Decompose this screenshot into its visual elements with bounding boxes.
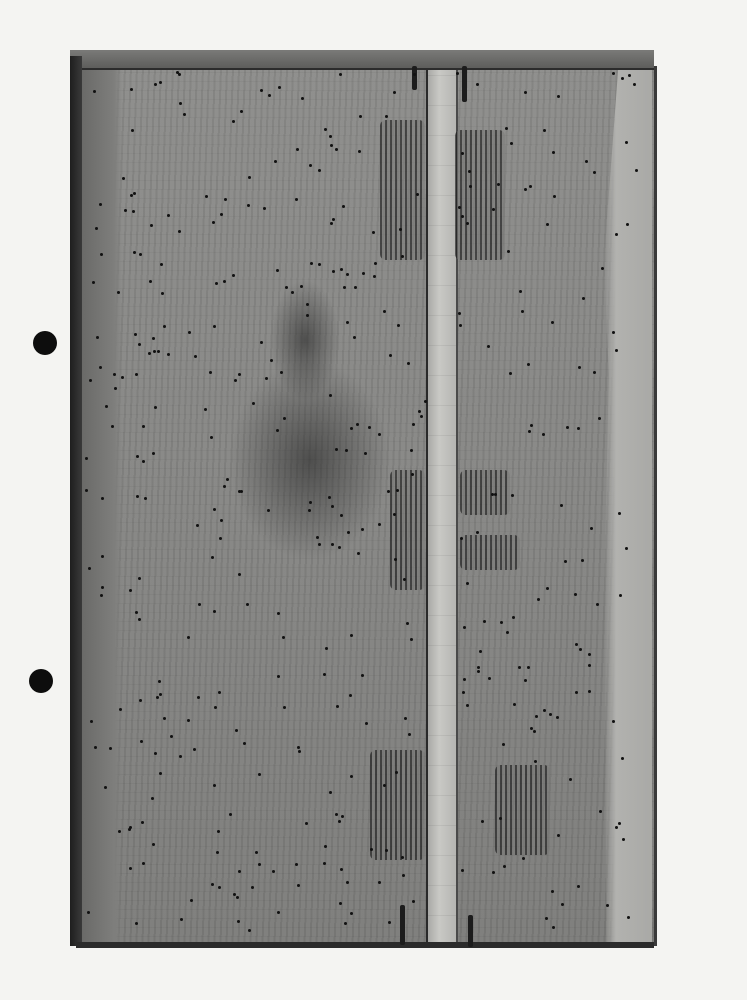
woodworm-hole (205, 195, 208, 198)
woodworm-hole (511, 494, 514, 497)
woodworm-hole (265, 377, 268, 380)
woodworm-hole (179, 102, 182, 105)
woodworm-hole (477, 666, 480, 669)
woodworm-hole (341, 815, 344, 818)
woodworm-hole (330, 222, 333, 225)
woodworm-hole (149, 280, 152, 283)
woodworm-hole (577, 885, 580, 888)
woodworm-hole (138, 577, 141, 580)
woodworm-hole (346, 273, 349, 276)
woodworm-hole (276, 429, 279, 432)
woodworm-hole (497, 183, 500, 186)
woodworm-hole (243, 742, 246, 745)
woodworm-hole (85, 457, 88, 460)
left-board-edge (82, 66, 122, 946)
woodworm-hole (214, 706, 217, 709)
woodworm-hole (362, 272, 365, 275)
woodworm-hole (194, 355, 197, 358)
woodworm-hole (157, 350, 160, 353)
woodworm-hole (190, 899, 193, 902)
woodworm-hole (408, 733, 411, 736)
woodworm-hole (121, 376, 124, 379)
insect-damage (495, 765, 550, 855)
woodworm-hole (459, 324, 462, 327)
woodworm-hole (226, 478, 229, 481)
woodworm-hole (216, 851, 219, 854)
woodworm-hole (213, 508, 216, 511)
woodworm-hole (276, 269, 279, 272)
left-frame-shadow (70, 56, 82, 946)
woodworm-hole (212, 221, 215, 224)
woodworm-hole (479, 650, 482, 653)
woodworm-hole (240, 110, 243, 113)
woodworm-hole (410, 638, 413, 641)
woodworm-hole (370, 848, 373, 851)
woodworm-hole (316, 536, 319, 539)
woodworm-hole (283, 706, 286, 709)
woodworm-hole (100, 253, 103, 256)
woodworm-hole (95, 227, 98, 230)
woodworm-hole (612, 331, 615, 334)
woodworm-hole (456, 72, 459, 75)
woodworm-hole (543, 129, 546, 132)
woodworm-hole (223, 485, 226, 488)
woodworm-hole (601, 267, 604, 270)
woodworm-hole (533, 730, 536, 733)
woodworm-hole (196, 524, 199, 527)
woodworm-hole (156, 696, 159, 699)
woodworm-hole (93, 90, 96, 93)
woodworm-hole (335, 813, 338, 816)
woodworm-hole (395, 771, 398, 774)
woodworm-hole (213, 325, 216, 328)
insect-damage (460, 470, 510, 515)
woodworm-hole (615, 826, 618, 829)
woodworm-hole (530, 424, 533, 427)
woodworm-hole (574, 593, 577, 596)
woodworm-hole (211, 556, 214, 559)
woodworm-hole (349, 694, 352, 697)
woodworm-hole (101, 555, 104, 558)
insect-damage (390, 470, 425, 590)
woodworm-hole (154, 406, 157, 409)
woodworm-hole (599, 810, 602, 813)
woodworm-hole (179, 755, 182, 758)
woodworm-hole (528, 430, 531, 433)
woodworm-hole (359, 115, 362, 118)
woodworm-hole (135, 922, 138, 925)
woodworm-hole (128, 828, 131, 831)
woodworm-hole (87, 911, 90, 914)
woodworm-hole (158, 680, 161, 683)
woodworm-hole (296, 148, 299, 151)
woodworm-hole (133, 192, 136, 195)
woodworm-hole (161, 292, 164, 295)
woodworm-hole (236, 896, 239, 899)
woodworm-hole (219, 537, 222, 540)
woodworm-hole (476, 531, 479, 534)
top-rail (70, 50, 654, 70)
woodworm-hole (198, 603, 201, 606)
woodworm-hole (101, 497, 104, 500)
woodworm-hole (505, 127, 508, 130)
woodworm-hole (462, 691, 465, 694)
woodworm-hole (527, 666, 530, 669)
woodworm-hole (218, 886, 221, 889)
woodworm-hole (396, 489, 399, 492)
woodworm-hole (101, 586, 104, 589)
woodworm-hole (553, 195, 556, 198)
woodworm-hole (407, 362, 410, 365)
woodworm-hole (619, 594, 622, 597)
woodworm-hole (627, 916, 630, 919)
woodworm-hole (134, 333, 137, 336)
woodworm-hole (213, 784, 216, 787)
woodworm-hole (374, 262, 377, 265)
woodworm-hole (220, 519, 223, 522)
woodworm-hole (477, 670, 480, 673)
woodworm-hole (270, 359, 273, 362)
woodworm-hole (136, 495, 139, 498)
woodworm-hole (546, 587, 549, 590)
woodworm-hole (577, 427, 580, 430)
woodworm-hole (373, 275, 376, 278)
woodworm-hole (332, 270, 335, 273)
woodworm-hole (424, 400, 427, 403)
woodworm-hole (144, 497, 147, 500)
woodworm-hole (133, 251, 136, 254)
woodworm-hole (318, 543, 321, 546)
woodworm-hole (588, 653, 591, 656)
woodworm-hole (506, 631, 509, 634)
woodworm-hole (282, 636, 285, 639)
woodworm-hole (159, 693, 162, 696)
woodworm-hole (524, 679, 527, 682)
woodworm-hole (593, 371, 596, 374)
woodworm-hole (338, 820, 341, 823)
woodworm-hole (487, 345, 490, 348)
woodworm-hole (612, 72, 615, 75)
woodworm-hole (344, 922, 347, 925)
woodworm-hole (507, 250, 510, 253)
woodworm-hole (100, 594, 103, 597)
woodworm-hole (142, 425, 145, 428)
woodworm-hole (356, 423, 359, 426)
woodworm-hole (466, 704, 469, 707)
woodworm-hole (588, 664, 591, 667)
woodworm-hole (160, 263, 163, 266)
binder-hole-bottom (29, 669, 53, 693)
woodworm-hole (131, 129, 134, 132)
woodworm-hole (295, 198, 298, 201)
woodworm-hole (297, 884, 300, 887)
woodworm-hole (274, 160, 277, 163)
woodworm-hole (385, 849, 388, 852)
woodworm-hole (383, 784, 386, 787)
woodworm-hole (298, 750, 301, 753)
woodworm-hole (139, 699, 142, 702)
woodworm-hole (238, 490, 241, 493)
woodworm-hole (132, 210, 135, 213)
woodworm-hole (527, 363, 530, 366)
woodworm-hole (339, 73, 342, 76)
woodworm-hole (104, 786, 107, 789)
woodworm-hole (354, 286, 357, 289)
woodworm-hole (492, 871, 495, 874)
woodworm-hole (598, 417, 601, 420)
woodworm-hole (585, 160, 588, 163)
woodworm-hole (458, 312, 461, 315)
woodworm-hole (463, 678, 466, 681)
woodworm-hole (159, 81, 162, 84)
woodworm-hole (340, 514, 343, 517)
woodworm-hole (99, 203, 102, 206)
woodworm-hole (575, 643, 578, 646)
woodworm-hole (564, 560, 567, 563)
woodworm-hole (232, 274, 235, 277)
woodworm-hole (492, 208, 495, 211)
woodworm-hole (358, 150, 361, 153)
woodworm-hole (306, 303, 309, 306)
woodworm-hole (535, 715, 538, 718)
woodworm-hole (310, 262, 313, 265)
woodworm-hole (229, 813, 232, 816)
woodworm-hole (519, 290, 522, 293)
woodworm-hole (318, 169, 321, 172)
woodworm-hole (332, 218, 335, 221)
woodworm-hole (633, 83, 636, 86)
woodworm-hole (468, 170, 471, 173)
woodworm-hole (277, 911, 280, 914)
woodworm-hole (278, 86, 281, 89)
woodworm-hole (204, 408, 207, 411)
woodworm-hole (153, 350, 156, 353)
woodworm-hole (534, 760, 537, 763)
woodworm-hole (283, 417, 286, 420)
woodworm-hole (213, 610, 216, 613)
woodworm-hole (476, 83, 479, 86)
woodworm-hole (618, 822, 621, 825)
woodworm-hole (152, 843, 155, 846)
woodworm-hole (350, 775, 353, 778)
crack (462, 66, 467, 102)
woodworm-hole (163, 717, 166, 720)
woodworm-hole (387, 490, 390, 493)
woodworm-hole (223, 280, 226, 283)
woodworm-hole (350, 912, 353, 915)
woodworm-hole (512, 616, 515, 619)
woodworm-hole (183, 113, 186, 116)
woodworm-hole (136, 455, 139, 458)
woodworm-hole (357, 552, 360, 555)
woodworm-hole (612, 720, 615, 723)
woodworm-hole (345, 449, 348, 452)
woodworm-hole (94, 746, 97, 749)
woodworm-hole (578, 366, 581, 369)
woodworm-hole (300, 285, 303, 288)
woodworm-hole (416, 193, 419, 196)
woodworm-hole (481, 820, 484, 823)
woodworm-hole (142, 460, 145, 463)
woodworm-hole (105, 405, 108, 408)
woodworm-hole (560, 504, 563, 507)
woodworm-hole (342, 205, 345, 208)
woodworm-hole (285, 286, 288, 289)
woodworm-hole (466, 222, 469, 225)
woodworm-hole (593, 171, 596, 174)
woodworm-hole (138, 343, 141, 346)
woodworm-hole (338, 546, 341, 549)
woodworm-hole (509, 372, 512, 375)
woodworm-hole (522, 857, 525, 860)
woodworm-hole (268, 94, 271, 97)
woodworm-hole (569, 778, 572, 781)
woodworm-hole (305, 822, 308, 825)
woodworm-hole (588, 690, 591, 693)
woodworm-hole (625, 141, 628, 144)
woodworm-hole (529, 185, 532, 188)
woodworm-hole (461, 869, 464, 872)
woodworm-hole (615, 233, 618, 236)
woodworm-hole (193, 748, 196, 751)
woodworm-hole (218, 691, 221, 694)
woodworm-hole (119, 708, 122, 711)
woodworm-hole (461, 215, 464, 218)
woodworm-hole (267, 509, 270, 512)
woodworm-hole (635, 169, 638, 172)
woodworm-hole (325, 647, 328, 650)
woodworm-hole (340, 268, 343, 271)
stain (270, 280, 340, 400)
woodworm-hole (543, 709, 546, 712)
woodworm-hole (546, 223, 549, 226)
woodworm-hole (89, 379, 92, 382)
woodworm-hole (178, 73, 181, 76)
woodworm-hole (122, 177, 125, 180)
insect-damage (455, 130, 505, 260)
woodworm-hole (154, 752, 157, 755)
woodworm-hole (170, 735, 173, 738)
woodworm-hole (521, 310, 524, 313)
woodworm-hole (336, 705, 339, 708)
woodworm-hole (483, 620, 486, 623)
woodworm-hole (129, 589, 132, 592)
woodworm-hole (626, 223, 629, 226)
woodworm-hole (513, 703, 516, 706)
woodworm-hole (330, 144, 333, 147)
woodworm-hole (238, 373, 241, 376)
woodworm-hole (368, 426, 371, 429)
woodworm-hole (383, 310, 386, 313)
insect-damage (460, 535, 520, 570)
woodworm-hole (210, 436, 213, 439)
woodworm-hole (524, 188, 527, 191)
woodworm-hole (318, 263, 321, 266)
woodworm-hole (340, 868, 343, 871)
woodworm-hole (255, 851, 258, 854)
woodworm-hole (412, 900, 415, 903)
woodworm-hole (346, 321, 349, 324)
woodworm-hole (406, 622, 409, 625)
woodworm-hole (537, 598, 540, 601)
woodworm-hole (324, 128, 327, 131)
woodworm-hole (557, 95, 560, 98)
woodworm-hole (403, 578, 406, 581)
woodworm-hole (510, 142, 513, 145)
woodworm-hole (551, 890, 554, 893)
woodworm-hole (350, 634, 353, 637)
woodworm-hole (99, 366, 102, 369)
woodworm-hole (615, 349, 618, 352)
woodworm-hole (335, 148, 338, 151)
woodworm-hole (258, 773, 261, 776)
right-light-edge (604, 66, 652, 946)
woodworm-hole (235, 729, 238, 732)
woodworm-hole (361, 528, 364, 531)
woodworm-hole (582, 297, 585, 300)
woodworm-hole (188, 331, 191, 334)
woodworm-hole (135, 611, 138, 614)
woodworm-hole (378, 523, 381, 526)
woodworm-hole (557, 834, 560, 837)
woodworm-hole (394, 558, 397, 561)
woodworm-hole (331, 543, 334, 546)
woodworm-hole (469, 185, 472, 188)
woodworm-hole (324, 845, 327, 848)
woodworm-hole (277, 675, 280, 678)
woodworm-hole (246, 603, 249, 606)
woodworm-hole (524, 91, 527, 94)
woodworm-hole (389, 354, 392, 357)
woodworm-hole (152, 452, 155, 455)
insect-damage (380, 120, 425, 260)
woodworm-hole (329, 135, 332, 138)
crack (412, 66, 417, 90)
woodworm-hole (621, 757, 624, 760)
woodworm-hole (346, 881, 349, 884)
woodworm-hole (502, 743, 505, 746)
woodworm-hole (258, 863, 261, 866)
woodworm-hole (518, 666, 521, 669)
woodworm-hole (152, 337, 155, 340)
woodworm-hole (566, 426, 569, 429)
woodworm-hole (581, 559, 584, 562)
woodworm-hole (461, 152, 464, 155)
woodworm-hole (335, 448, 338, 451)
woodworm-hole (96, 336, 99, 339)
woodworm-hole (488, 677, 491, 680)
woodworm-hole (248, 176, 251, 179)
woodworm-hole (361, 674, 364, 677)
woodworm-hole (215, 282, 218, 285)
woodworm-hole (92, 281, 95, 284)
woodworm-hole (297, 746, 300, 749)
bottom-edge-shadow (76, 942, 654, 948)
woodworm-hole (272, 870, 275, 873)
woodworm-hole (88, 567, 91, 570)
woodworm-hole (402, 874, 405, 877)
woodworm-hole (140, 740, 143, 743)
woodworm-hole (460, 537, 463, 540)
woodworm-hole (187, 636, 190, 639)
woodworm-hole (90, 720, 93, 723)
woodworm-hole (301, 97, 304, 100)
woodworm-hole (238, 870, 241, 873)
woodworm-hole (331, 505, 334, 508)
woodworm-hole (248, 929, 251, 932)
woodworm-hole (343, 286, 346, 289)
woodworm-hole (399, 228, 402, 231)
